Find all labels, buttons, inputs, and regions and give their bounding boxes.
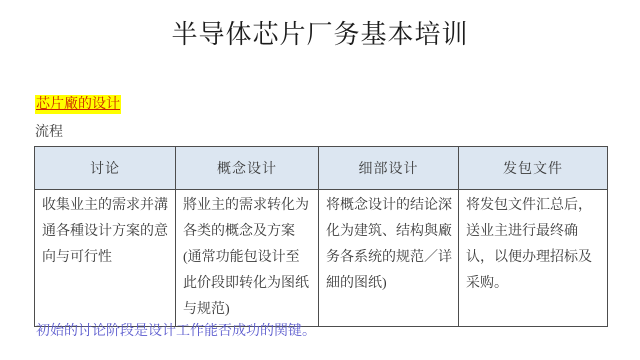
subheading-process: 流程 [35,121,63,141]
table-header-tender-documents: 发包文件 [459,147,608,190]
design-process-table: 讨论 概念设计 细部设计 发包文件 收集业主的需求并溝通各種设计方案的意向与可行… [34,146,608,327]
table-header-detail-design: 细部设计 [319,147,459,190]
footnote-key-remark: 初始的讨论阶段是设计工作能否成功的関键。 [36,320,316,340]
table-header-discussion: 讨论 [35,147,176,190]
table-cell-concept-design: 將业主的需求转化为各类的概念及方案(通常功能包设计至此价段即转化为图纸与规范) [176,190,319,327]
document-page: 半导体芯片厂务基本培训 芯片廠的设计 流程 讨论 概念设计 细部设计 发包文件 … [0,0,640,360]
table-cell-detail-design: 将概念设计的结论深化为建筑、结构與廠务各系统的规范／详細的图纸) [319,190,459,327]
table-header-concept-design: 概念设计 [176,147,319,190]
document-title: 半导体芯片厂务基本培训 [0,14,640,51]
table-row: 收集业主的需求并溝通各種设计方案的意向与可行性 將业主的需求转化为各类的概念及方… [35,190,608,327]
table-header-row: 讨论 概念设计 细部设计 发包文件 [35,147,608,190]
table-cell-tender-documents: 将发包文件汇总后，送业主进行最终确认，以便办理招标及采购。 [459,190,608,327]
section-heading-highlighted: 芯片廠的设计 [35,95,121,114]
table-cell-discussion: 收集业主的需求并溝通各種设计方案的意向与可行性 [35,190,176,327]
